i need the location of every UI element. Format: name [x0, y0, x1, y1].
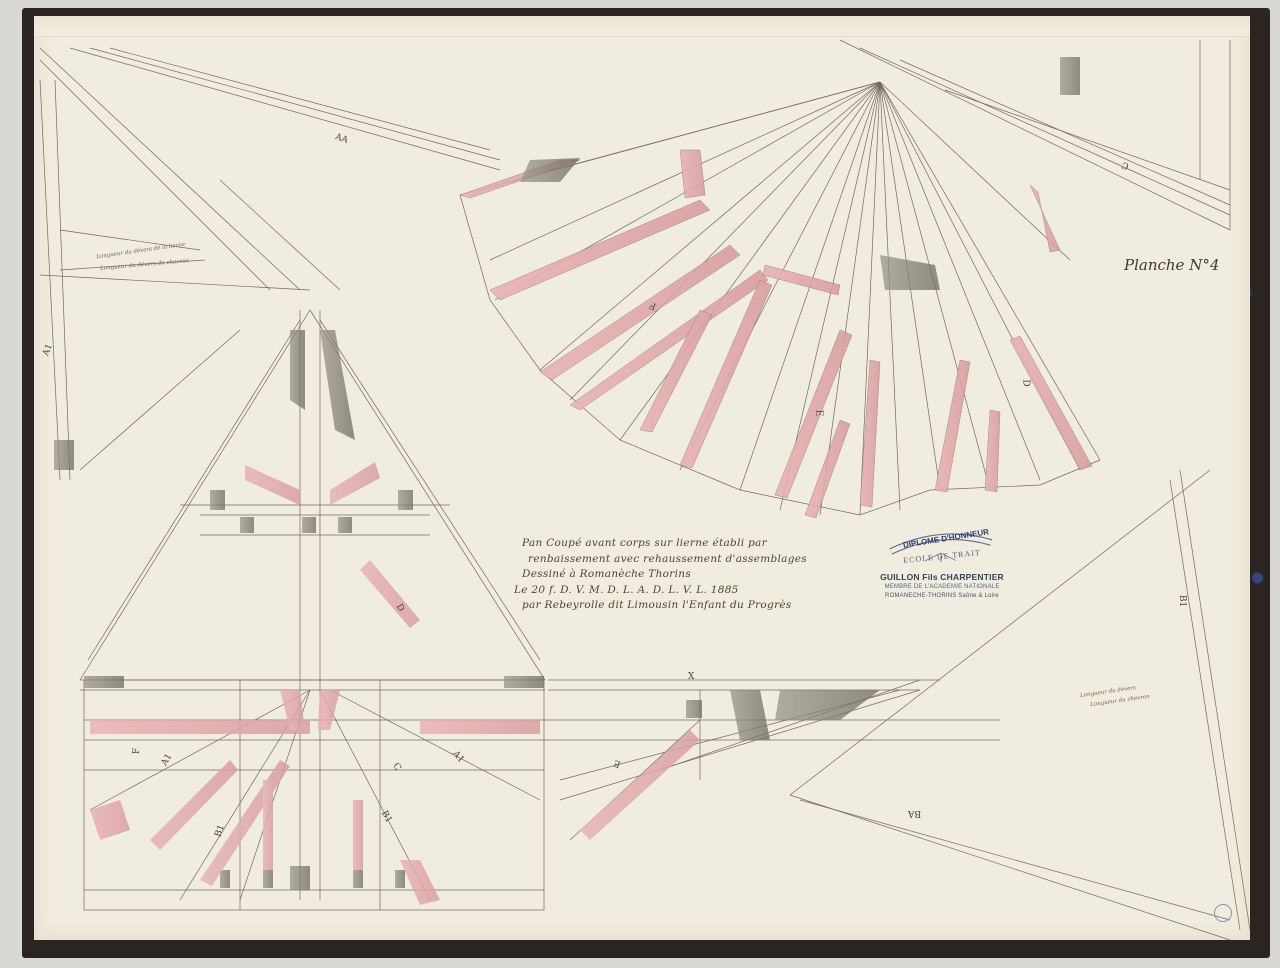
maker-name: GUILLON Fils CHARPENTIER — [862, 572, 1022, 582]
library-stamp-icon — [1214, 904, 1232, 922]
beam-label: E — [813, 410, 823, 417]
maker-location: ROMANECHE-THORINS Saône & Loire — [862, 593, 1022, 599]
carpentry-drawing — [0, 0, 1280, 968]
caption-line: Le 20 f. D. V. M. D. L. A. D. L. V. L. 1… — [514, 583, 852, 599]
caption-line: Dessiné à Romanèche Thorins — [522, 567, 852, 583]
academy-membership: MEMBRE DE L'ACADEMIE NATIONALE — [862, 584, 1022, 590]
diploma-stamp: DIPLOME D'HONNEUR ECOLE DE TRAIT GUILLON… — [862, 528, 1022, 628]
plate-number: Planche N°4 — [1124, 256, 1219, 274]
caption-line: Pan Coupé avant corps sur lierne établi … — [522, 536, 852, 552]
beam-label: BA — [908, 808, 921, 818]
beam-label: F — [132, 748, 142, 754]
beam-label: B1 — [1177, 595, 1187, 607]
caption-line: par Rebeyrolle dit Limousin l'Enfant du … — [522, 598, 852, 614]
beam-label: D — [1021, 379, 1031, 386]
handwritten-caption: Pan Coupé avant corps sur lierne établi … — [522, 536, 852, 614]
caption-line: renbaissement avec rehaussement d'assemb… — [522, 552, 852, 568]
beam-label: X — [688, 672, 694, 682]
